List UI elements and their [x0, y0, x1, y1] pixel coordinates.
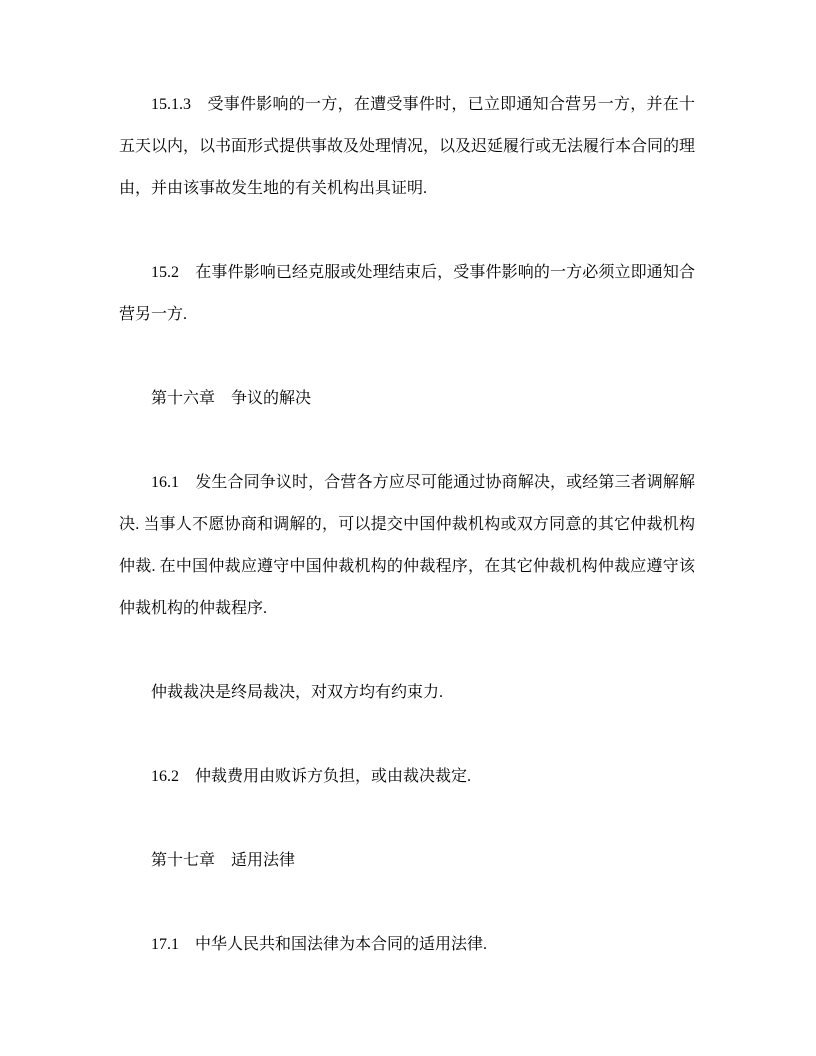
clause-16-1-note: 仲裁裁决是终局裁决，对双方均有约束力.	[119, 672, 695, 714]
clause-16-1: 16.1 发生合同争议时，合营各方应尽可能通过协商解决，或经第三者调解解决. 当…	[119, 462, 695, 630]
clause-15-1-3: 15.1.3 受事件影响的一方，在遭受事件时，已立即通知合营另一方，并在十五天以…	[119, 84, 695, 210]
document-body: 15.1.3 受事件影响的一方，在遭受事件时，已立即通知合营另一方，并在十五天以…	[119, 84, 695, 966]
chapter-17-heading: 第十七章 适用法律	[119, 840, 695, 882]
clause-16-2: 16.2 仲裁费用由败诉方负担，或由裁决裁定.	[119, 756, 695, 798]
chapter-16-heading: 第十六章 争议的解决	[119, 378, 695, 420]
clause-17-1: 17.1 中华人民共和国法律为本合同的适用法律.	[119, 924, 695, 966]
clause-15-2: 15.2 在事件影响已经克服或处理结束后，受事件影响的一方必须立即通知合营另一方…	[119, 252, 695, 336]
document-page: 15.1.3 受事件影响的一方，在遭受事件时，已立即通知合营另一方，并在十五天以…	[0, 0, 816, 1056]
